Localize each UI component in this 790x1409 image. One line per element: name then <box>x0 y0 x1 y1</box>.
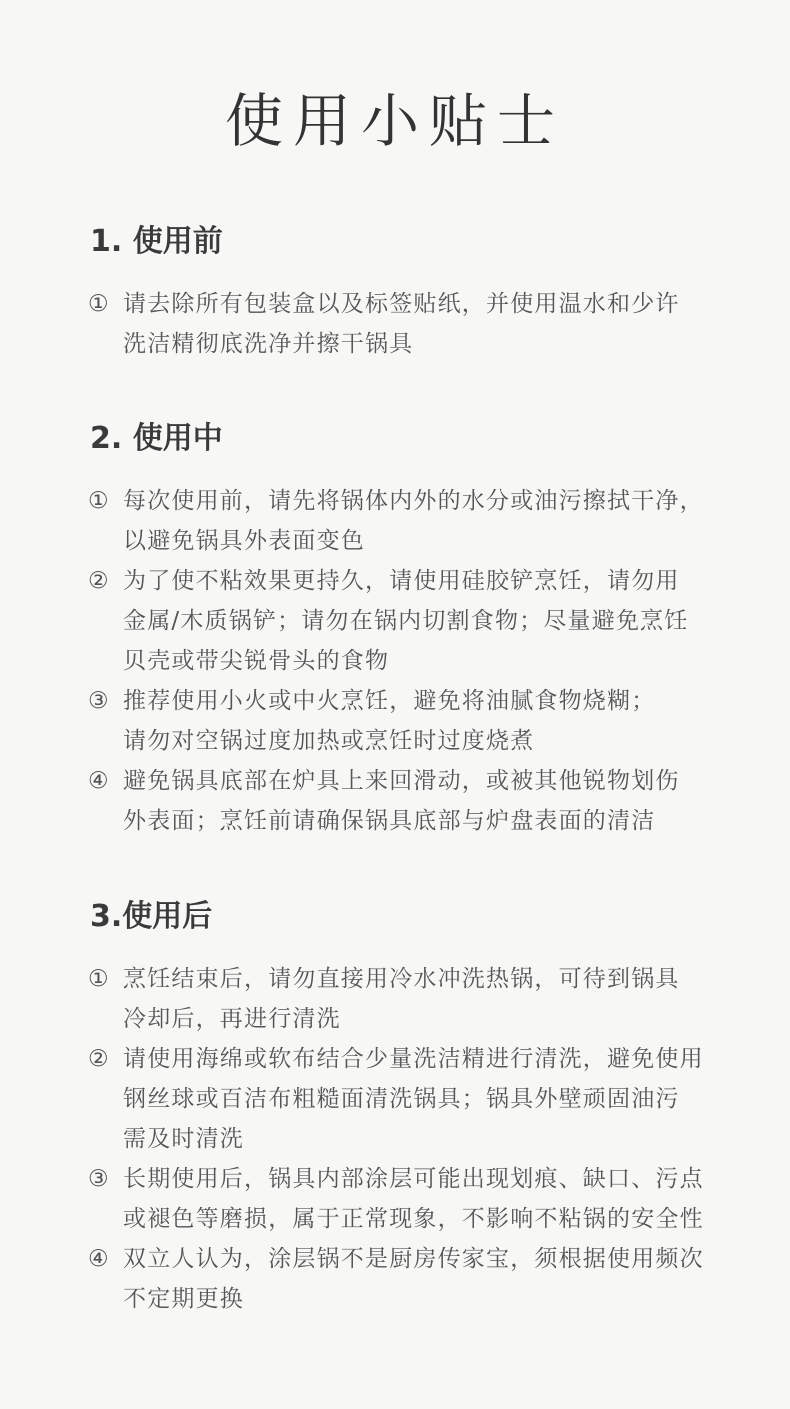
section-during-use: 2. 使用中 ① 每次使用前，请先将锅体内外的水分或油污擦拭干净， 以避免锅具外… <box>90 419 730 841</box>
section-heading: 2. 使用中 <box>90 419 730 459</box>
list-item: ③ 推荐使用小火或中火烹饪，避免将油腻食物烧糊； 请勿对空锅过度加热或烹饪时过度… <box>90 681 730 761</box>
list-item: ① 每次使用前，请先将锅体内外的水分或油污擦拭干净， 以避免锅具外表面变色 <box>90 481 730 561</box>
section-heading: 3.使用后 <box>90 897 730 937</box>
list-item: ④ 双立人认为，涂层锅不是厨房传家宝，须根据使用频次 不定期更换 <box>90 1239 730 1319</box>
item-number: ④ <box>88 1239 109 1279</box>
section-heading: 1. 使用前 <box>90 222 730 262</box>
item-text: 请去除所有包装盒以及标签贴纸，并使用温水和少许 洗洁精彻底洗净并擦干锅具 <box>123 284 730 364</box>
item-text: 避免锅具底部在炉具上来回滑动，或被其他锐物划伤 外表面；烹饪前请确保锅具底部与炉… <box>123 761 730 841</box>
item-text: 推荐使用小火或中火烹饪，避免将油腻食物烧糊； 请勿对空锅过度加热或烹饪时过度烧煮 <box>123 681 730 761</box>
item-text: 为了使不粘效果更持久，请使用硅胶铲烹饪，请勿用 金属/木质锅铲；请勿在锅内切割食… <box>123 561 730 681</box>
item-text: 双立人认为，涂层锅不是厨房传家宝，须根据使用频次 不定期更换 <box>123 1239 730 1319</box>
item-text: 烹饪结束后，请勿直接用冷水冲洗热锅，可待到锅具 冷却后，再进行清洗 <box>123 959 730 1039</box>
item-text: 每次使用前，请先将锅体内外的水分或油污擦拭干净， 以避免锅具外表面变色 <box>123 481 730 561</box>
item-number: ① <box>88 481 109 521</box>
list-item: ④ 避免锅具底部在炉具上来回滑动，或被其他锐物划伤 外表面；烹饪前请确保锅具底部… <box>90 761 730 841</box>
item-number: ③ <box>88 1159 109 1199</box>
item-number: ① <box>88 959 109 999</box>
list-item: ① 烹饪结束后，请勿直接用冷水冲洗热锅，可待到锅具 冷却后，再进行清洗 <box>90 959 730 1039</box>
item-text: 请使用海绵或软布结合少量洗洁精进行清洗，避免使用 钢丝球或百洁布粗糙面清洗锅具；… <box>123 1039 730 1159</box>
list-item: ② 请使用海绵或软布结合少量洗洁精进行清洗，避免使用 钢丝球或百洁布粗糙面清洗锅… <box>90 1039 730 1159</box>
item-number: ② <box>88 561 109 601</box>
item-number: ① <box>88 284 109 324</box>
list-item: ① 请去除所有包装盒以及标签贴纸，并使用温水和少许 洗洁精彻底洗净并擦干锅具 <box>90 284 730 364</box>
list-item: ② 为了使不粘效果更持久，请使用硅胶铲烹饪，请勿用 金属/木质锅铲；请勿在锅内切… <box>90 561 730 681</box>
section-before-use: 1. 使用前 ① 请去除所有包装盒以及标签贴纸，并使用温水和少许 洗洁精彻底洗净… <box>90 222 730 364</box>
list-item: ③ 长期使用后，锅具内部涂层可能出现划痕、缺口、污点 或褪色等磨损，属于正常现象… <box>90 1159 730 1239</box>
item-number: ③ <box>88 681 109 721</box>
section-after-use: 3.使用后 ① 烹饪结束后，请勿直接用冷水冲洗热锅，可待到锅具 冷却后，再进行清… <box>90 897 730 1319</box>
item-text: 长期使用后，锅具内部涂层可能出现划痕、缺口、污点 或褪色等磨损，属于正常现象，不… <box>123 1159 730 1239</box>
item-number: ② <box>88 1039 109 1079</box>
page-title: 使用小贴士 <box>0 84 790 158</box>
item-number: ④ <box>88 761 109 801</box>
